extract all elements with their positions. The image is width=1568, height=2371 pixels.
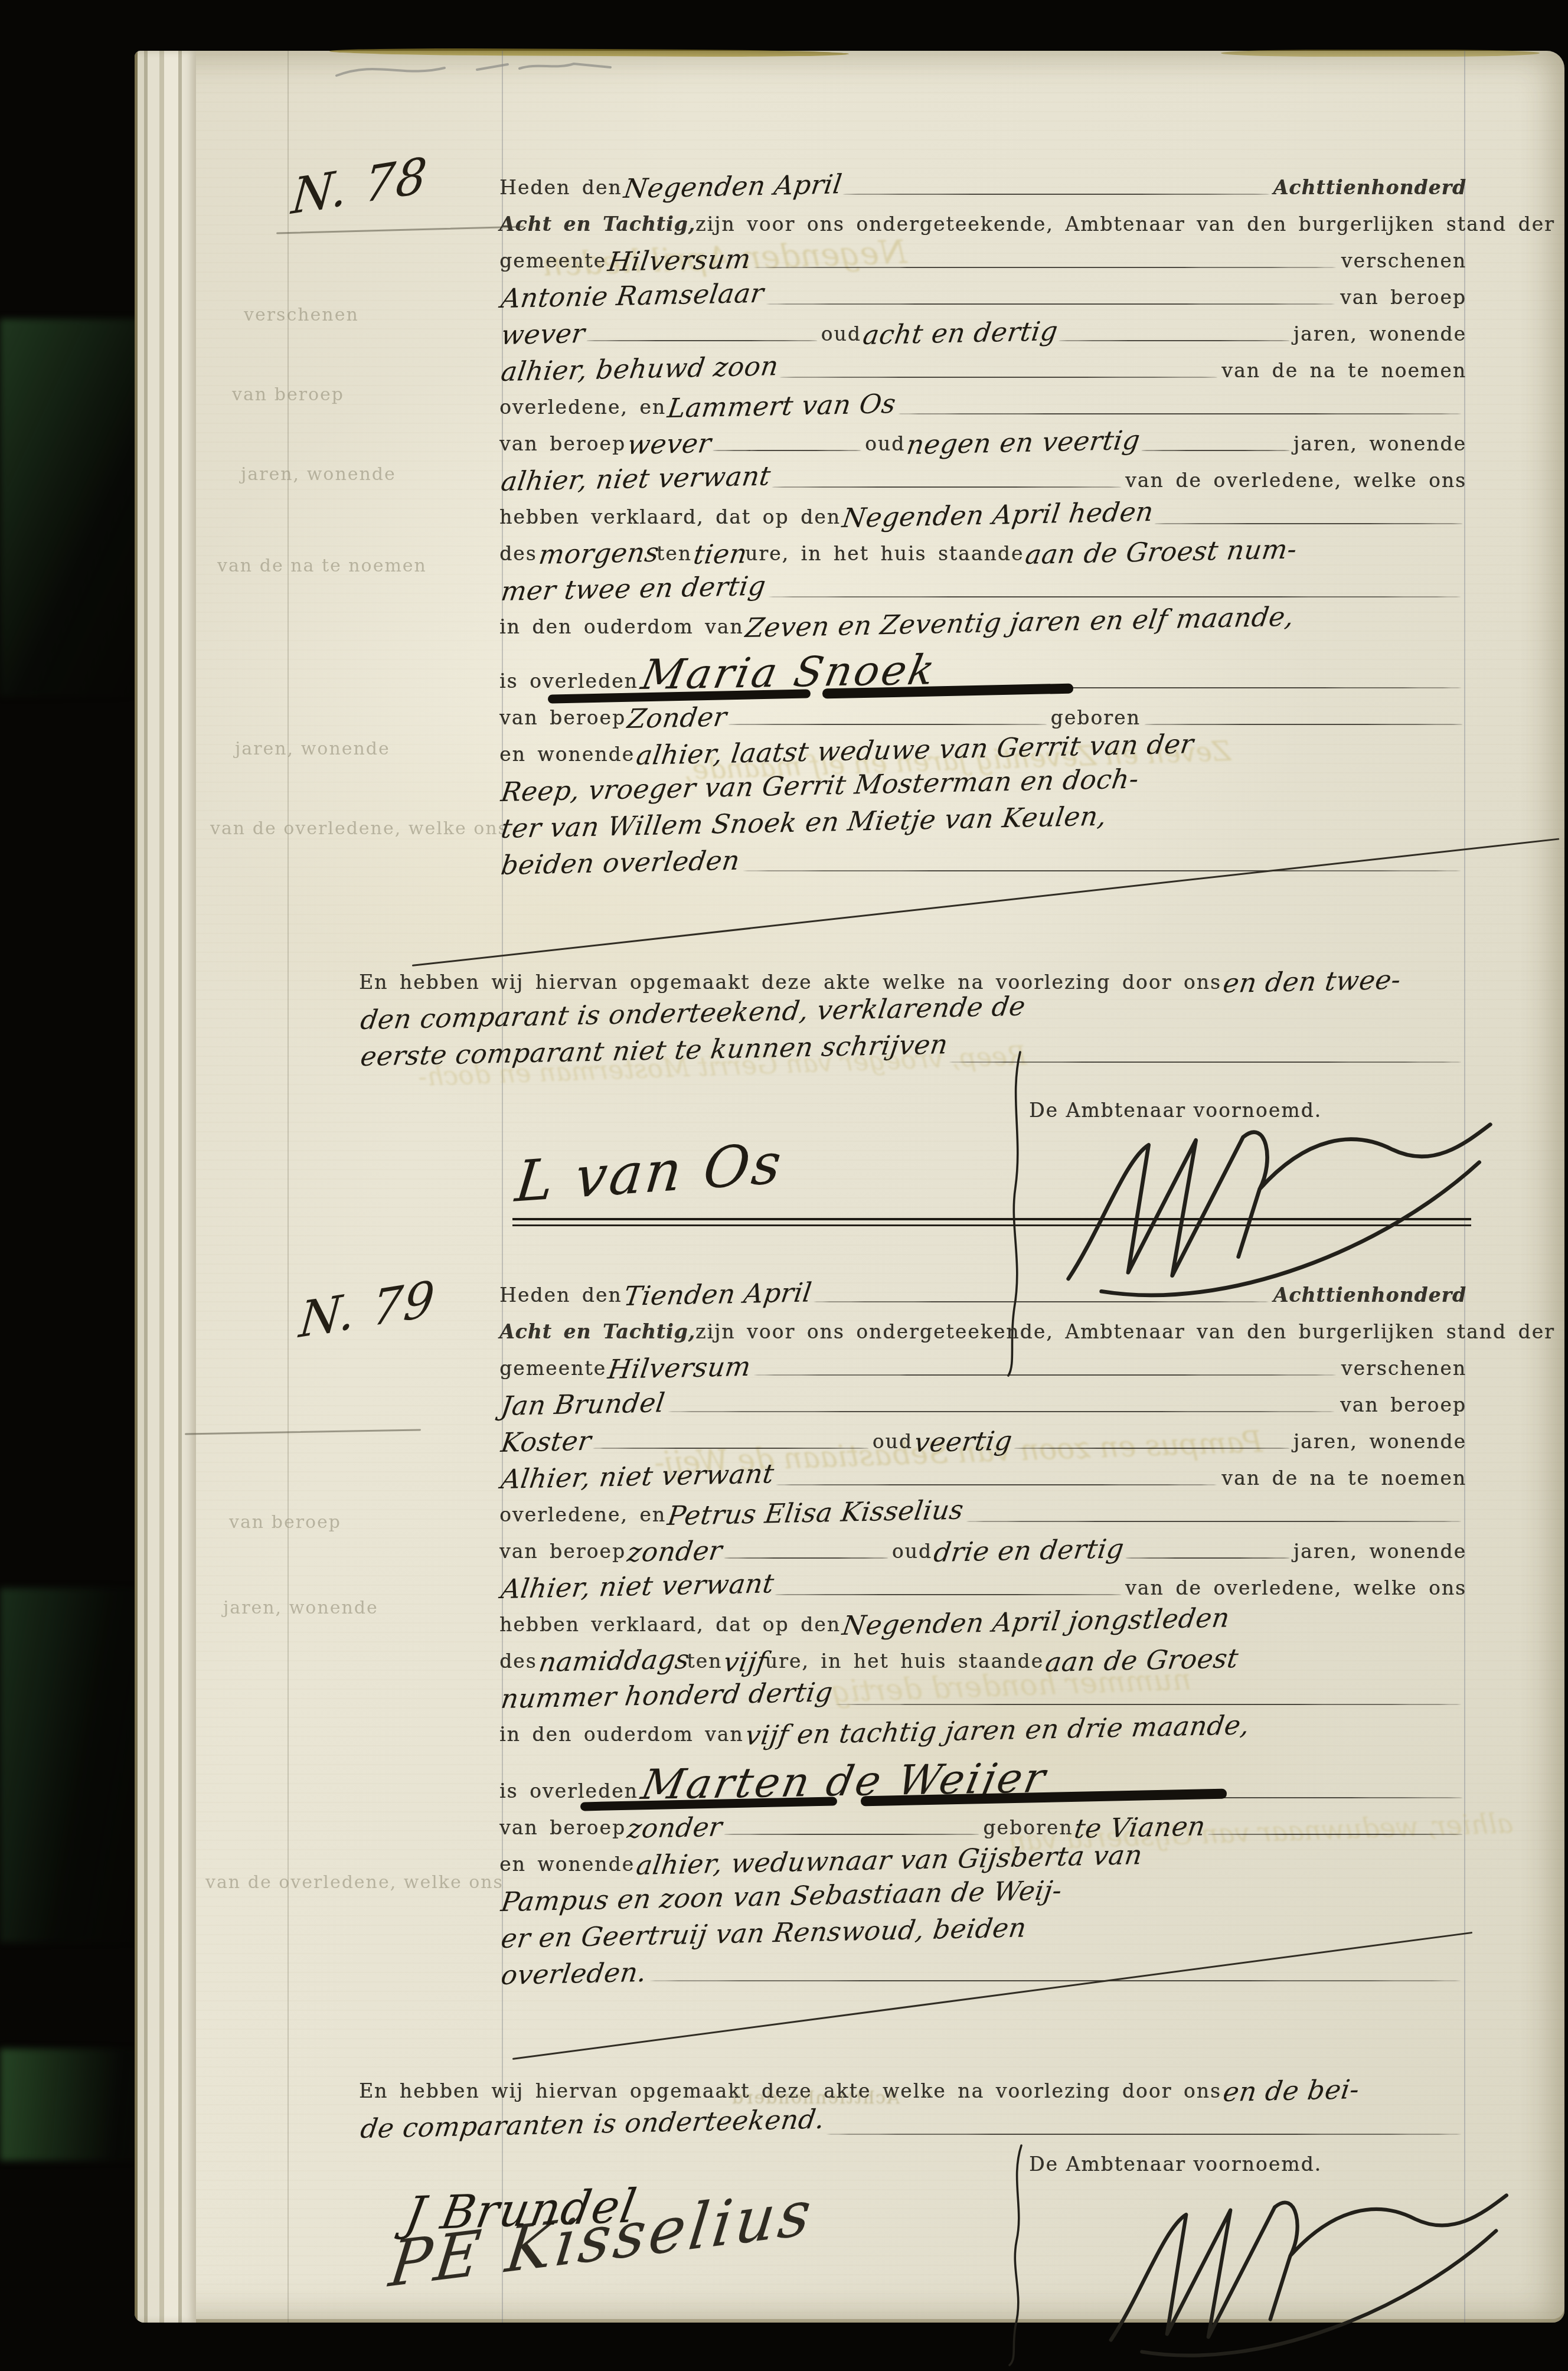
official-signature (1059, 2185, 1554, 2362)
handwritten-text: tien (692, 540, 749, 568)
form-line: hebben verklaard, dat op denNegenden Apr… (499, 496, 1466, 533)
rule-line (1154, 523, 1463, 524)
rule-line (752, 267, 1338, 268)
form-line: overledene, enPetrus Elisa Kisselius (499, 1494, 1466, 1530)
rule-line (648, 1980, 1463, 1981)
handwritten-text: beiden overleden (499, 847, 741, 878)
rule-line (724, 1557, 888, 1559)
form-line: beiden overleden (499, 843, 1466, 880)
rule-line (766, 596, 1463, 597)
form-line: in den ouderdom vanvijf en tachtig jaren… (499, 1713, 1466, 1750)
handwritten-text: de comparanten is onderteekend. (359, 2106, 827, 2142)
form-line: van beroepZondergeboren (499, 697, 1466, 733)
form-line: in den ouderdom vanZeven en Zeventig jar… (499, 606, 1466, 642)
printed-text: en wonende (499, 1854, 635, 1880)
printed-text: ure, in het huis staande (745, 544, 1024, 569)
rule-line (724, 1834, 980, 1835)
form-line: er en Geertruij van Renswoud, beiden (499, 1916, 1466, 1953)
printed-text: gemeente (499, 1358, 606, 1384)
handwritten-text: alhier, weduwnaar van Gijsberta van (635, 1841, 1144, 1879)
handwritten-text: Zonder (626, 704, 729, 732)
printed-text: ten (656, 544, 692, 569)
printed-text: jaren, wonende (1293, 1542, 1466, 1567)
printed-text: jaren, wonende (1293, 434, 1466, 459)
form-line: weveroudacht en dertigjaren, wonende (499, 313, 1466, 350)
printed-text: hebben verklaard, dat op den (499, 1615, 841, 1640)
handwritten-text: Pampus en zoon van Sebastiaan de Weij- (499, 1877, 1064, 1915)
rule-line (825, 2134, 1463, 2135)
handwritten-text: zonder (626, 1814, 724, 1842)
handwritten-text: te Vianen (1073, 1812, 1207, 1842)
handwritten-text: zonder (626, 1537, 724, 1566)
printed-text: van beroep (499, 1542, 626, 1567)
handwritten-text: nummer honderd dertig (499, 1678, 835, 1712)
rule-line (713, 450, 861, 451)
register-page: verschenen van beroep jaren, wonende van… (135, 51, 1564, 2323)
printed-text: Heden den (499, 1285, 622, 1311)
handwritten-text: en de bei- (1221, 2076, 1361, 2105)
form-line: Acht en Tachtig,zijn voor ons ondergetee… (499, 203, 1466, 240)
printed-text: oud (892, 1542, 932, 1567)
printed-text: van beroep (1340, 288, 1466, 313)
form-line: desmorgenstentienure, in het huis staand… (499, 533, 1466, 569)
rule-line (965, 1521, 1463, 1522)
ghost-text: van de overledene, welke ons (210, 818, 508, 839)
form-line: Acht en Tachtig,zijn voor ons ondergetee… (499, 1311, 1466, 1347)
rule-line (586, 340, 817, 341)
rule-line (1141, 450, 1290, 451)
printed-text: Achttienhonderd (1273, 178, 1466, 203)
form-line: En hebben wij hiervan opgemaakt deze akt… (359, 2070, 1466, 2107)
form-line: Pampus en zoon van Sebastiaan de Weij- (499, 1880, 1466, 1916)
printed-text: Heden den (499, 178, 622, 203)
printed-text: des (499, 544, 537, 569)
record-78-closing: En hebben wij hiervan opgemaakt deze akt… (359, 961, 1466, 1071)
rule-line (1144, 724, 1463, 725)
printed-text: jaren, wonende (1293, 324, 1466, 350)
handwritten-text: namiddags (537, 1646, 691, 1676)
printed-text: van beroep (499, 1818, 626, 1843)
form-line: gemeenteHilversumverschenen (499, 240, 1466, 276)
handwritten-text: alhier, laatst weduwe van Gerrit van der (635, 730, 1195, 769)
printed-text: van de overledene, welke ons (1125, 471, 1466, 496)
handwritten-text: alhier, niet verwant (499, 462, 772, 495)
form-line: ter van Willem Snoek en Mietje van Keule… (499, 806, 1466, 843)
printed-text: Achttienhonderd (1273, 1285, 1466, 1311)
rule-line (666, 1411, 1337, 1412)
handwritten-text: ter van Willem Snoek en Mietje van Keule… (499, 803, 1109, 842)
rule-line (775, 1594, 1122, 1595)
record-78-body: Heden denNegenden AprilAchttienhonderdAc… (499, 166, 1466, 880)
form-line: van beroepweveroudnegen en veertigjaren,… (499, 423, 1466, 459)
handwritten-text: vijf en tachtig jaren en drie maande, (744, 1712, 1251, 1749)
printed-text: van beroep (499, 708, 626, 733)
printed-text: ure, in het huis staande (765, 1651, 1044, 1677)
handwritten-text: vijf (722, 1648, 769, 1676)
record-79-body: Heden denTienden AprilAchttienhonderdAch… (499, 1274, 1466, 1990)
official-title: De Ambtenaar voornoemd. (1029, 2153, 1322, 2176)
printed-text: overledene, en (499, 1505, 666, 1530)
printed-text: overledene, en (499, 397, 666, 423)
handwritten-text: Petrus Elisa Kisselius (666, 1497, 965, 1529)
rule-line (775, 1484, 1218, 1485)
handwritten-text: aan de Groest num- (1024, 535, 1299, 568)
form-line: van beroepzonderouddrie en dertigjaren, … (499, 1530, 1466, 1567)
handwritten-text: Negenden April (622, 171, 844, 202)
spine-tape (0, 319, 148, 697)
form-line: desnamiddagstenvijfure, in het huis staa… (499, 1640, 1466, 1677)
rule-line (812, 1301, 1269, 1302)
record-number-underline (185, 1429, 421, 1435)
form-line: Heden denTienden AprilAchttienhonderd (499, 1274, 1466, 1311)
printed-text: van de na te noemen (1221, 1468, 1466, 1494)
handwritten-text: veertig (913, 1428, 1014, 1456)
form-line: mer twee en dertig (499, 569, 1466, 606)
form-line: gemeenteHilversumverschenen (499, 1347, 1466, 1384)
printed-text: zijn voor ons ondergeteekende, Ambtenaar… (695, 1322, 1555, 1347)
printed-text: Acht en Tachtig, (499, 214, 695, 240)
printed-text: hebben verklaard, dat op den (499, 507, 841, 533)
printed-text: in den ouderdom van (499, 617, 744, 642)
form-line: Reep, vroeger van Gerrit Mosterman en do… (499, 770, 1466, 806)
handwritten-text: negen en veertig (905, 427, 1142, 458)
handwritten-text: Antonie Ramselaar (499, 280, 766, 312)
rule-line (842, 194, 1269, 195)
handwritten-text: Negenden April heden (841, 498, 1155, 531)
handwritten-text: wever (499, 320, 587, 348)
printed-text: des (499, 1651, 537, 1677)
handwritten-text: Hilversum (606, 1353, 753, 1383)
handwritten-text: Lammert van Os (666, 390, 897, 422)
record-number-underline (276, 226, 524, 234)
printed-text: verschenen (1341, 1358, 1466, 1384)
form-line: Antonie Ramselaarvan beroep (499, 276, 1466, 313)
printed-text: En hebben wij hiervan opgemaakt deze akt… (359, 972, 1221, 998)
printed-text: van de overledene, welke ons (1125, 1578, 1466, 1603)
printed-text: En hebben wij hiervan opgemaakt deze akt… (359, 2081, 1221, 2107)
handwritten-text: Koster (499, 1428, 593, 1456)
rule-line (728, 724, 1047, 725)
ghost-text: van beroep (229, 1512, 341, 1533)
form-line: overledene, enLammert van Os (499, 386, 1466, 423)
handwritten-text: Alhier, niet verwant (499, 1460, 776, 1493)
handwritten-text: overleden. (499, 1959, 648, 1988)
page-top-tatter (1221, 50, 1540, 57)
printed-text: en wonende (499, 744, 635, 770)
rule-line (752, 1374, 1338, 1376)
form-line: van beroepzondergeborente Vianen (499, 1807, 1466, 1843)
handwritten-text: Hilversum (606, 246, 753, 275)
handwritten-text: Reep, vroeger van Gerrit Mosterman en do… (499, 765, 1141, 805)
printed-text: geboren (983, 1818, 1073, 1843)
ghost-text: jaren, wonende (241, 464, 396, 485)
form-line: Alhier, niet verwantvan de overledene, w… (499, 1567, 1466, 1603)
handwritten-text: Zeven en Zeventig jaren en elf maande, (744, 603, 1296, 641)
ghost-text: verschenen (244, 305, 359, 325)
handwritten-text: wever (626, 430, 713, 458)
printed-text: gemeente (499, 251, 606, 276)
printed-text: in den ouderdom van (499, 1725, 744, 1750)
printed-text: zijn voor ons ondergeteekende, Ambtenaar… (695, 214, 1555, 240)
form-line: Alhier, niet verwantvan de na te noemen (499, 1457, 1466, 1494)
handwritten-text: aan de Groest (1044, 1645, 1240, 1676)
rule-line (1207, 1834, 1464, 1835)
handwritten-text: Alhier, niet verwant (499, 1570, 776, 1602)
margin-rule (288, 51, 289, 2323)
handwritten-text: alhier, behuwd zoon (499, 352, 780, 385)
printed-text: oud (865, 434, 905, 459)
pencil-mark (329, 52, 636, 87)
handwritten-text: mer twee en dertig (499, 573, 767, 605)
ghost-text: van de na te noemen (217, 556, 427, 576)
form-line: en wonendealhier, laatst weduwe van Gerr… (499, 733, 1466, 770)
rule-line (1125, 1557, 1290, 1559)
page-edge-stack (135, 51, 196, 2323)
brace-mark (1004, 2143, 1031, 2367)
form-line: en wonendealhier, weduwnaar van Gijsbert… (499, 1843, 1466, 1880)
printed-text: van beroep (1340, 1395, 1466, 1420)
ghost-text: van beroep (232, 384, 344, 405)
form-line: eerste comparant niet te kunnen schrijve… (359, 1034, 1466, 1071)
rule-line (765, 303, 1337, 305)
handwritten-text: drie en dertig (932, 1535, 1126, 1566)
printed-text: verschenen (1341, 251, 1466, 276)
form-line: alhier, behuwd zoonvan de na te noemen (499, 350, 1466, 386)
handwritten-text: den comparant is onderteekend, verklaren… (359, 993, 1027, 1033)
form-line: de comparanten is onderteekend. (359, 2107, 1466, 2143)
record-number-78: N. 78 (289, 147, 430, 226)
handwritten-text: eerste comparant niet te kunnen schrijve… (359, 1031, 950, 1070)
ghost-text: jaren, wonende (235, 739, 390, 759)
form-line: Jan Brundelvan beroep (499, 1384, 1466, 1420)
record-79-closing: En hebben wij hiervan opgemaakt deze akt… (359, 2070, 1466, 2143)
rule-line (779, 377, 1219, 378)
printed-text: van beroep (499, 434, 626, 459)
form-line: hebben verklaard, dat op denNegenden Apr… (499, 1603, 1466, 1640)
scanned-register-photo: verschenen van beroep jaren, wonende van… (0, 0, 1568, 2371)
rule-line (1059, 340, 1289, 341)
form-line: Heden denNegenden AprilAchttienhonderd (499, 166, 1466, 203)
rule-line (741, 870, 1463, 871)
printed-text: van de na te noemen (1221, 361, 1466, 386)
rule-line (772, 486, 1122, 488)
record-divider (512, 1218, 1471, 1226)
handwritten-text: acht en dertig (861, 318, 1060, 348)
printed-text: Acht en Tachtig, (499, 1322, 695, 1347)
witness-signature: L van Os (512, 1131, 786, 1215)
handwritten-text: Negenden April jongstleden (841, 1604, 1231, 1639)
printed-text: oud (821, 324, 861, 350)
form-line: nummer honderd dertig (499, 1677, 1466, 1713)
ghost-text: van de overledene, welke ons (205, 1872, 504, 1893)
form-line: overleden. (499, 1953, 1466, 1990)
printed-text: jaren, wonende (1293, 1432, 1466, 1457)
form-line: Kosteroudveertigjaren, wonende (499, 1420, 1466, 1457)
handwritten-text: morgens (537, 539, 661, 568)
rule-line (1014, 1448, 1290, 1449)
spine-tape (0, 1588, 148, 1942)
printed-text: oud (873, 1432, 913, 1457)
handwritten-text: er en Geertruij van Renswoud, beiden (499, 1914, 1028, 1952)
rule-line (593, 1448, 869, 1449)
rule-line (834, 1704, 1463, 1705)
handwritten-text: Jan Brundel (499, 1389, 667, 1419)
ghost-text: jaren, wonende (223, 1598, 378, 1618)
printed-text: ten (687, 1651, 722, 1677)
record-number-79: N. 79 (297, 1271, 438, 1350)
handwritten-text: en den twee- (1221, 966, 1403, 997)
form-line: alhier, niet verwantvan de overledene, w… (499, 459, 1466, 496)
handwritten-text: Tienden April (622, 1279, 814, 1309)
rule-line (897, 413, 1463, 414)
